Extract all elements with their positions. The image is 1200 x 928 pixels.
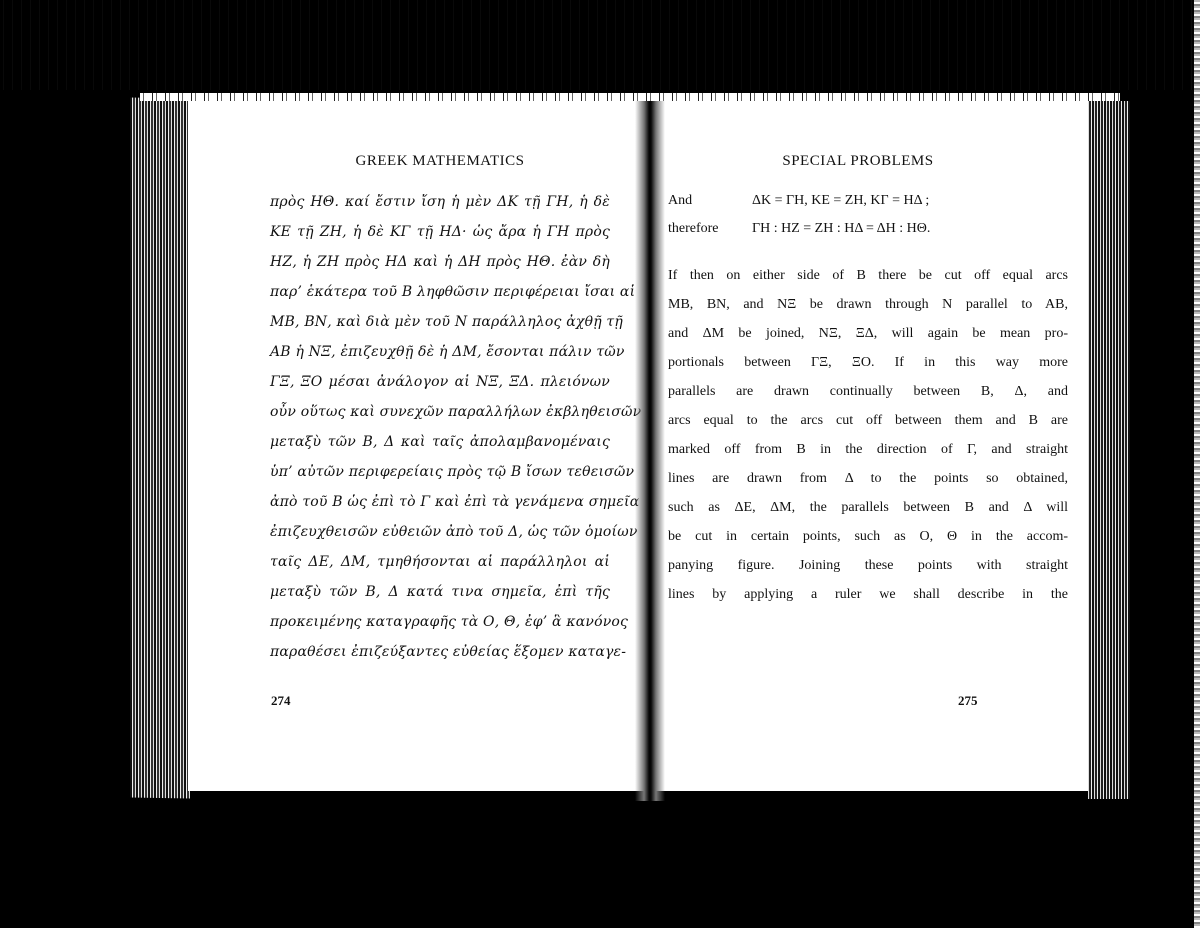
text-line: such as ΔE, ΔM, the parallels between B …	[668, 493, 1068, 522]
scan-edge-strip	[1194, 0, 1200, 928]
book-top-edge	[140, 93, 1120, 101]
equation-expression: ΓΗ : ΗΖ = ΖΗ : ΗΔ = ΔΗ : ΗΘ.	[752, 215, 1068, 243]
running-head-right: SPECIAL PROBLEMS	[648, 153, 1068, 170]
greek-text: πρὸς ΗΘ. καί ἔστιν ἴση ἡ μὲν ΔΚ τῇ ΓΗ, ἡ…	[270, 187, 610, 667]
text-line: If then on either side of B there be cut…	[668, 261, 1068, 290]
right-page: SPECIAL PROBLEMS And ΔΚ = ΓΗ, ΚΕ = ΖΗ, Κ…	[648, 101, 1088, 791]
left-page-edges	[130, 97, 190, 798]
text-line: arcs equal to the arcs cut off between t…	[668, 406, 1068, 435]
text-line: lines are drawn from Δ to the points so …	[668, 464, 1068, 493]
running-head-left: GREEK MATHEMATICS	[270, 153, 610, 170]
paragraph: If then on either side of B there be cut…	[668, 261, 1068, 609]
text-line: portionals between ΓΞ, ΞO. If in this wa…	[668, 348, 1068, 377]
equation-label: therefore	[668, 215, 752, 243]
text-line: ΑΒ ἡ ΝΞ, ἐπιζευχθῇ δὲ ἡ ΔΜ, ἔσονται πάλι…	[270, 337, 610, 367]
text-line: μεταξὺ τῶν Β, Δ κατά τινα σημεῖα, ἐπὶ τῆ…	[270, 577, 610, 607]
equation-row: And ΔΚ = ΓΗ, ΚΕ = ΖΗ, ΚΓ = ΗΔ ;	[668, 187, 1068, 215]
text-line: παραθέσει ἐπιζεύξαντες εὐθείας ἕξομεν κα…	[270, 637, 610, 667]
equation-expression: ΔΚ = ΓΗ, ΚΕ = ΖΗ, ΚΓ = ΗΔ ;	[752, 187, 1068, 215]
text-line: προκειμένης καταγραφῆς τὰ Ο, Θ, ἐφ’ ἃ κα…	[270, 607, 610, 637]
page-number-left: 274	[271, 693, 291, 709]
text-line: ἀπὸ τοῦ Β ὡς ἐπὶ τὸ Γ καὶ ἐπὶ τὰ γενάμεν…	[270, 487, 610, 517]
text-line: marked off from B in the direction of Γ,…	[668, 435, 1068, 464]
text-line: ἐπιζευχθεισῶν εὐθειῶν ἀπὸ τοῦ Δ, ὡς τῶν …	[270, 517, 610, 547]
text-line: ΜΒ, ΒΝ, καὶ διὰ μὲν τοῦ Ν παράλληλος ἀχθ…	[270, 307, 610, 337]
text-line: MB, BN, and NΞ be drawn through N parall…	[668, 290, 1068, 319]
text-line: ΓΞ, ΞΟ μέσαι ἀνάλογον αἱ ΝΞ, ΞΔ. πλειόνω…	[270, 367, 610, 397]
text-line: οὖν οὕτως καὶ συνεχῶν παραλλήλων ἐκβληθε…	[270, 397, 610, 427]
text-line: μεταξὺ τῶν Β, Δ καὶ ταῖς ἀπολαμβανομέναι…	[270, 427, 610, 457]
scan-background-top	[0, 0, 1200, 90]
text-line: ταῖς ΔΕ, ΔΜ, τμηθήσονται αἱ παράλληλοι α…	[270, 547, 610, 577]
text-line: ΗΖ, ἡ ΖΗ πρὸς ΗΔ καὶ ἡ ΔΗ πρὸς ΗΘ. ἐὰν δ…	[270, 247, 610, 277]
equation-label: And	[668, 187, 752, 215]
text-line: be cut in certain points, such as O, Θ i…	[668, 522, 1068, 551]
text-line: πρὸς ΗΘ. καί ἔστιν ἴση ἡ μὲν ΔΚ τῇ ΓΗ, ἡ…	[270, 187, 610, 217]
text-line: ὑπ’ αὐτῶν περιφερείαις πρὸς τῷ Β ἴσων τε…	[270, 457, 610, 487]
book-gutter	[635, 101, 665, 801]
english-text: And ΔΚ = ΓΗ, ΚΕ = ΖΗ, ΚΓ = ΗΔ ; therefor…	[668, 187, 1068, 609]
equation-row: therefore ΓΗ : ΗΖ = ΖΗ : ΗΔ = ΔΗ : ΗΘ.	[668, 215, 1068, 243]
text-line: parallels are drawn continually between …	[668, 377, 1068, 406]
text-line: ΚΕ τῇ ΖΗ, ἡ δὲ ΚΓ τῇ ΗΔ· ὡς ἄρα ἡ ΓΗ πρὸ…	[270, 217, 610, 247]
text-line: panying figure. Joining these points wit…	[668, 551, 1068, 580]
open-book: GREEK MATHEMATICS πρὸς ΗΘ. καί ἔστιν ἴση…	[130, 93, 1130, 803]
left-page: GREEK MATHEMATICS πρὸς ΗΘ. καί ἔστιν ἴση…	[188, 101, 648, 791]
text-line: παρ’ ἑκάτερα τοῦ Β ληφθῶσιν περιφέρειαι …	[270, 277, 610, 307]
page-number-right: 275	[958, 693, 978, 709]
text-line: lines by applying a ruler we shall descr…	[668, 580, 1068, 609]
right-page-edges	[1088, 101, 1130, 799]
text-line: and ΔM be joined, NΞ, ΞΔ, will again be …	[668, 319, 1068, 348]
